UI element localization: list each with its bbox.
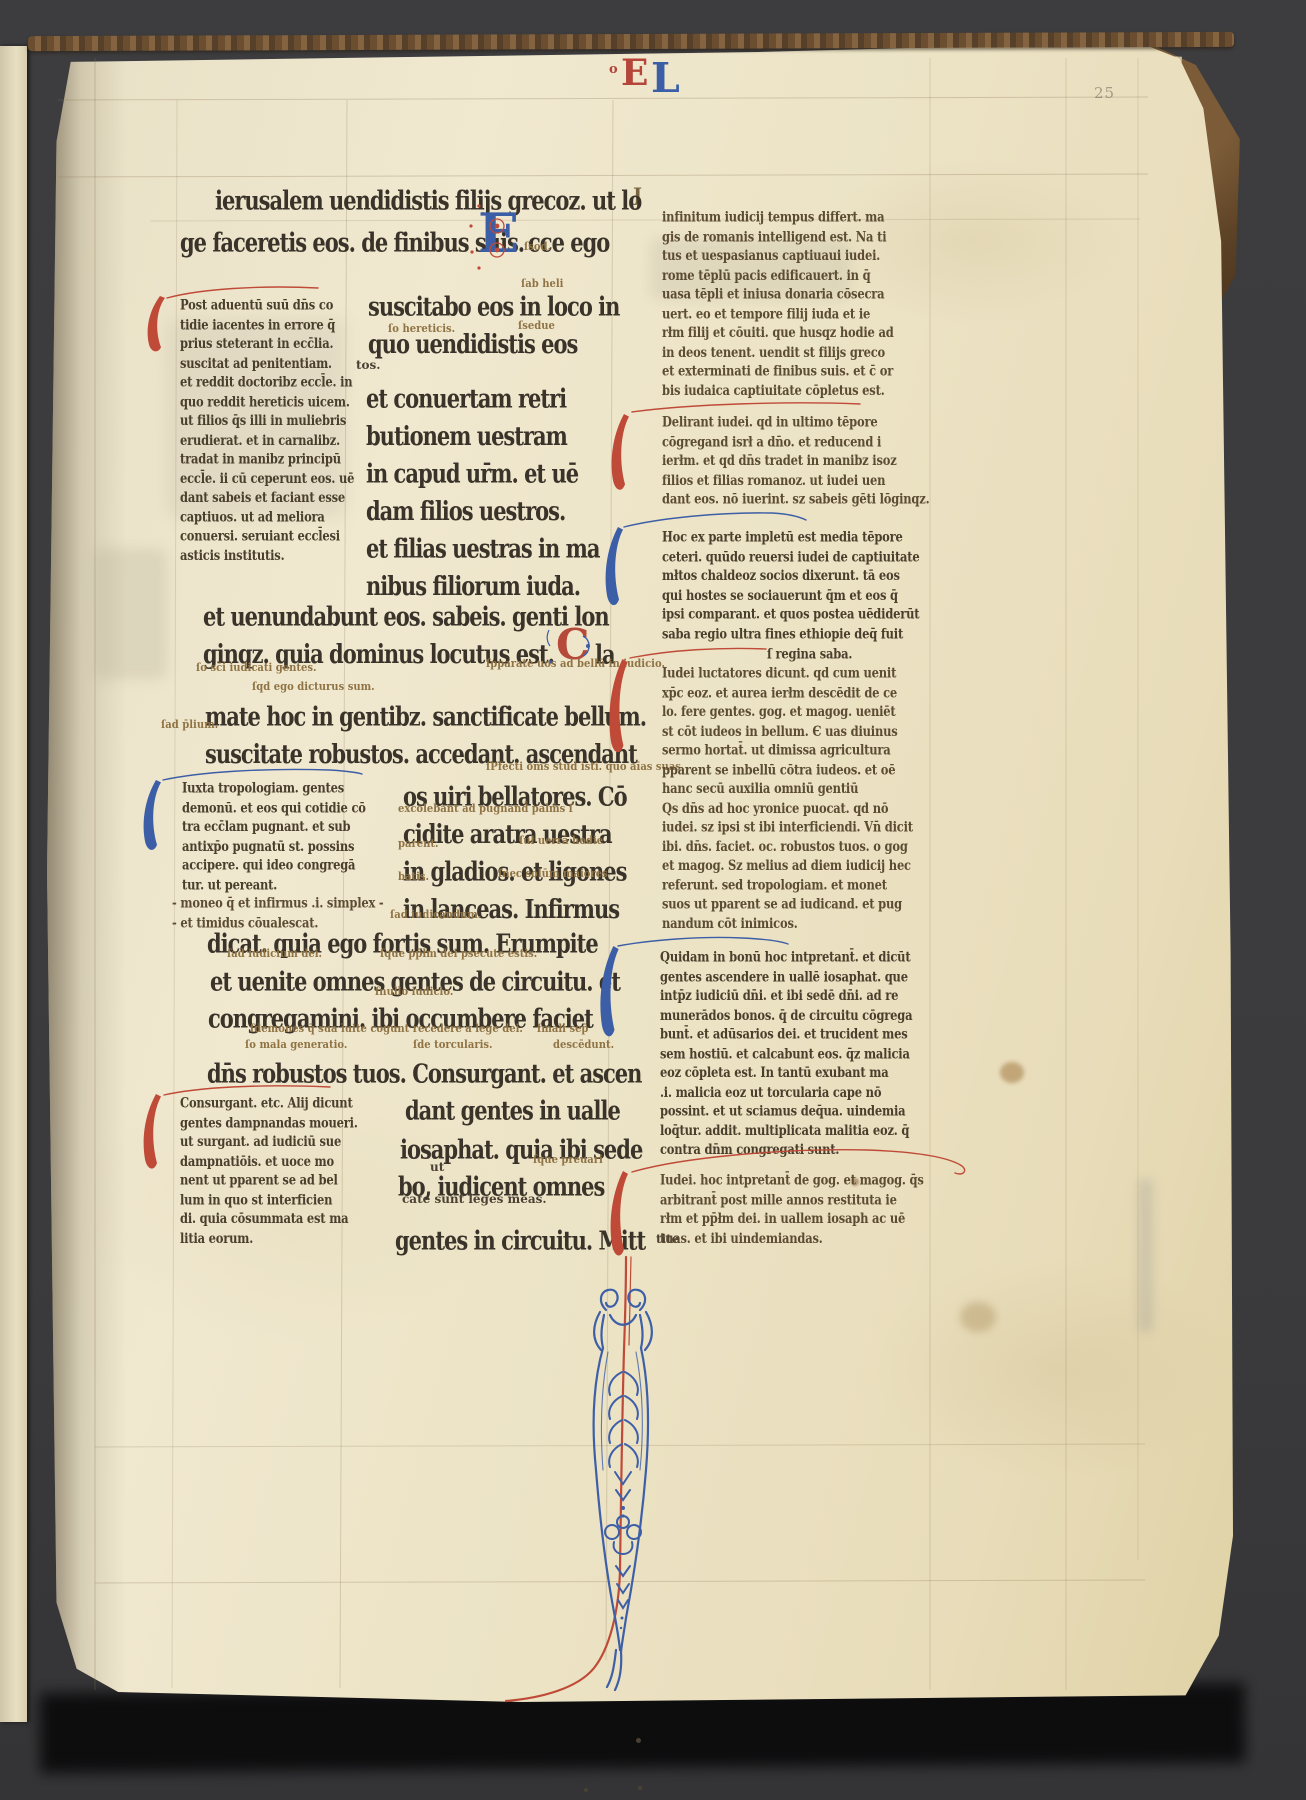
gloss-line: accipere. qui ideo congregā	[182, 856, 366, 875]
interlinear-gloss: ſad iudicium dei.	[227, 948, 322, 961]
main-text-column: suscitabo eos in loco inquo uendidistis …	[368, 288, 619, 348]
gloss-line: contra dn̄m congregati sunt.	[660, 1140, 912, 1159]
gloss-line: in deos tenent. uendit st filijs greco	[662, 343, 894, 362]
right-gloss-block: infinitum iudicij tempus differt. magis …	[645, 208, 894, 363]
gloss-line: tuas. et ibi uindemiandas.	[660, 1229, 924, 1248]
gloss-line: prius steterant in ecc̄lia.	[180, 334, 354, 353]
main-text-line: suscitabo eos in loco in	[368, 288, 619, 326]
gloss-line: .i. malicia eoz ut torcularia cape nō	[660, 1083, 912, 1102]
gloss-line: xp̄c eoz. et aurea ierłm descēdit de ce	[662, 683, 913, 702]
gloss-line: iudei. sz ipsi st ibi interficiendi. Vn̄…	[662, 818, 913, 837]
gloss-line: arbitrant̄ post mille annos restituta ie	[660, 1190, 924, 1209]
gloss-line: hanc secū auxilia omniū gentiū	[662, 779, 913, 798]
gloss-line: rome tēplū pacis edificauert. in q̄	[662, 266, 894, 285]
gloss-line: suscitat ad penitentiam.	[180, 354, 354, 373]
gloss-line: lo. fere gentes. gog. et magog. ueniēt	[662, 702, 913, 721]
gloss-line: referunt. sed tropologiam. et monet	[662, 875, 913, 894]
main-text-line: butionem uestram	[366, 418, 599, 456]
main-text-line: ge faceretis eos. de finibus suis.	[180, 224, 524, 262]
main-text-line: mate hoc in gentibz. sanctificate bellum…	[205, 698, 646, 736]
gloss-line: conuersi. seruiant eccl̄esi	[180, 527, 354, 546]
gloss-line: uasa tēpli et iniusa donaria cōsecra	[662, 285, 894, 304]
gloss-line: - moneo q̄ et infirmus .i. simplex -	[172, 894, 384, 913]
gloss-line: Consurgant. etc. Alij dicunt	[180, 1094, 358, 1113]
main-text-line: dam filios uestros.	[366, 493, 599, 531]
interlinear-gloss: ſque preuari	[533, 1154, 603, 1167]
gloss-line: Iudei luctatores dicunt. qd cum uenit	[662, 664, 913, 683]
right-gloss-block: Iudei luctatores dicunt. qd cum uenitxp̄…	[645, 664, 913, 881]
main-text-line: in capud ur̄m. et uē	[366, 455, 599, 493]
gloss-line: et reddit doctoribz eccl̄e. in	[180, 373, 354, 392]
gloss-line: sermo hortat̄. ut dimissa agricultura	[662, 741, 913, 760]
gloss-line: possint. et ut sciamus deq̄ua. uindemia	[660, 1102, 912, 1121]
main-text-line: et conuertam retri	[366, 380, 599, 418]
interlinear-gloss: parent.	[398, 838, 438, 851]
left-gloss-block: Consurgant. etc. Alij dicuntgentes dampn…	[166, 1094, 358, 1218]
gloss-line: eccl̄e. ii cū ceperunt eos. uē	[180, 469, 354, 488]
interlinear-gloss: ſad p̄lium.	[161, 719, 218, 732]
gloss-line: demonū. et eos qui cotidie cō	[182, 798, 366, 817]
gloss-line: Iuxta tropologiam. gentes	[182, 779, 366, 798]
right-gloss-block: Iudei. hoc intpretant̄ de gog. et magog.…	[643, 1171, 924, 1233]
interlinear-gloss: ſnec solūm maiores	[498, 868, 608, 881]
main-text-block: et uenundabunt eos. sabeis. genti longin…	[203, 598, 609, 658]
written-text-layer: o E L 25 J ierusalem uendidistis filijs …	[0, 0, 1306, 1800]
left-gloss-block: Iuxta tropologiam. gentesdemonū. et eos…	[168, 779, 366, 872]
gloss-line: nent ut pparent se ad bel	[180, 1171, 358, 1190]
gloss-line: di. quia cōsummata est ma	[180, 1209, 358, 1228]
main-text-line: dant gentes in ualle	[405, 1092, 620, 1130]
main-text-line: ierusalem uendidistis filijs grecoz. ut …	[215, 182, 641, 220]
gloss-line: asticis institutis.	[180, 546, 354, 565]
gloss-line: tra ecc̄lam pugnant. et sub	[182, 817, 366, 836]
interlinear-gloss: ſo sc̄i iudicati gentes.	[196, 662, 317, 675]
gloss-line: st cōt iudeos in bellum. Є uas diuinus	[662, 722, 913, 741]
gloss-line: ipsi comparant. et quos postea uēdideru…	[662, 605, 920, 624]
right-gloss-block: Hoc ex parte impletū est media tēporec…	[645, 528, 920, 621]
gloss-line: filios et filias romanoz. ut iudei uen	[662, 471, 929, 490]
gloss-line: tur. ut pereant.	[182, 875, 366, 894]
gloss-line: gentes dampnandas moueri.	[180, 1113, 358, 1132]
gloss-line: rłm et pp̄łm dei. in uallem iosaph ac ue…	[660, 1209, 924, 1228]
running-title-letter-L: L	[651, 58, 680, 98]
interlinear-gloss: batis.	[398, 871, 429, 884]
gloss-line: sem hostiū. et calcabunt eos. q̄z malic…	[660, 1044, 912, 1063]
gloss-line: rłm filij et cōuiti. que husqz hodie ad	[662, 323, 894, 342]
gloss-line: Hoc ex parte impletū est media tēpore	[662, 528, 920, 547]
gloss-line: litia eorum.	[180, 1229, 358, 1248]
gloss-line: saba regio ultra fines ethiopie deq̄ fui…	[662, 624, 920, 643]
interlinear-gloss: ſab heli	[521, 278, 564, 291]
gloss-line: suos ut pparent se ad iudicand. et pug	[662, 895, 913, 914]
manuscript-photo-stage: o E L 25 J ierusalem uendidistis filijs …	[0, 0, 1306, 1800]
gloss-line: gentes ascendere in uallē iosaphat. que	[660, 967, 912, 986]
main-text-small: tos.	[356, 358, 380, 372]
left-gloss-block: - moneo q̄ et infirmus .i. simplex -- et…	[172, 894, 384, 925]
gloss-line: eoz cōpleta est. In tantū exubant ma	[660, 1063, 912, 1082]
gloss-line: qui hostes se sociauerunt q̄m et eos q̄	[662, 586, 920, 605]
gloss-line: dant eos. nō iuerint. sz sabeis gēti l…	[662, 490, 929, 509]
main-text-column: et conuertam retributionem uestramin cap…	[366, 380, 599, 560]
interlinear-gloss: ſdemones q̄ sua īuite cogunt recedere a…	[250, 1023, 523, 1036]
gloss-line: - et timidus cōualescat.	[172, 913, 384, 932]
gloss-line: tus et uespasianus captiuaui iudei.	[662, 246, 894, 265]
gloss-line: captiuos. ut ad meliora	[180, 507, 354, 526]
gloss-line: bis iudaica captiuitate cōpletus est.	[662, 381, 894, 400]
gloss-line: ut surgant. ad iudiciū sue	[180, 1132, 358, 1151]
gloss-line: Qs dn̄s ad hoc yronice puocat. qd nō	[662, 799, 913, 818]
gloss-line: ceteri. quūdo reuersi iudei de captiuit…	[662, 547, 920, 566]
main-text-small: ut	[430, 1160, 444, 1174]
gloss-line: Post aduentū suū dn̄s co	[180, 296, 354, 315]
interlinear-gloss: ſpparate uos ad bellū in iudicio.	[486, 658, 665, 671]
gloss-line: nandum cōt inimicos.	[662, 914, 913, 933]
interlinear-gloss: ſo mala generatio.	[245, 1039, 347, 1052]
gloss-line: tradat in manibz principū	[180, 450, 354, 469]
gloss-line: munerādos bonos. q̄ de circuitu cōgreg…	[660, 1006, 912, 1025]
gloss-line: dant sabeis et faciant esse	[180, 488, 354, 507]
main-text-small: cate sunt leges meas.	[402, 1192, 547, 1206]
gloss-line: loq̄tur. addit. multiplicata malitia eoz…	[660, 1121, 912, 1140]
interlinear-gloss: ſuł uerrā hodie	[519, 835, 603, 848]
gloss-line: antixp̄o pugnatū st. possins	[182, 837, 366, 856]
gloss-line: tidie iacentes in errore q̄	[180, 315, 354, 334]
gloss-line: Iudei. hoc intpretant̄ de gog. et magog.…	[660, 1171, 924, 1190]
main-text-block: mate hoc in gentibz. sanctificate bellum…	[205, 698, 646, 758]
interlinear-gloss: ſqd ego dicturus sum.	[252, 681, 375, 694]
interlinear-gloss: ſque pp̄łm dei psecute estis.	[380, 948, 537, 961]
gloss-line: et magog. Sz melius ad diem iudicij hec	[662, 856, 913, 875]
left-gloss-block: Post aduentū suū dn̄s cotidie iacentes…	[166, 296, 354, 513]
main-text-line: et uenundabunt eos. sabeis. genti lon	[203, 598, 609, 636]
right-gloss-block: Quidam in bonū hoc intpretant̄. et dicu…	[643, 948, 912, 1119]
gloss-line: intp̄z iudiciū dn̄i. et ibi sedē dn̄i.…	[660, 986, 912, 1005]
gloss-line: dampnatiōis. et uoce mo	[180, 1152, 358, 1171]
gloss-line: gis de romanis intelligend est. Na ti	[662, 227, 894, 246]
interlinear-gloss: excolebant ad pugnand̄ palm̄s ſ	[398, 803, 573, 816]
gloss-line: bunt̄. et adūsarios dei. et trucident m…	[660, 1025, 912, 1044]
gloss-line: et exterminati de finibus suis. et c̄ or	[662, 362, 894, 381]
gloss-line: pparent se inbellū cōtra iudeos. et oe…	[662, 760, 913, 779]
gloss-line: młtos chaldeoz socios dixerunt. tā eos	[662, 566, 920, 585]
gloss-line: uert. eo et tempore filij iuda et ie	[662, 304, 894, 323]
interlinear-gloss: ſad iudicandum.	[390, 909, 481, 922]
gloss-line: ſ regina saba.	[767, 645, 852, 664]
interlinear-gloss: ſsedue	[518, 320, 555, 333]
interlinear-gloss: ſde torcularis.	[413, 1039, 493, 1052]
gloss-line: erudierat. et in carnalibz.	[180, 431, 354, 450]
right-gloss-block: Delirant iudei. qd in ultimo tēporecōg…	[645, 413, 929, 491]
interlinear-gloss: ſnullo iudicio.	[375, 986, 453, 999]
interlinear-gloss: ſsod.	[524, 241, 551, 254]
running-title-letter-E: E	[621, 55, 648, 91]
gloss-line: Delirant iudei. qd in ultimo tēpore	[662, 413, 929, 432]
gloss-line: Quidam in bonū hoc intpretant̄. et dicu…	[660, 948, 912, 967]
interlinear-gloss: ſmali sep̄	[537, 1023, 588, 1036]
illuminated-initial-E: E	[478, 206, 519, 260]
gloss-line: ut filios q̄s illi in muliebris	[180, 411, 354, 430]
gloss-line: quo reddit hereticis uicem.	[180, 392, 354, 411]
main-text-line: gentes in circuitu. Mitt	[395, 1222, 645, 1260]
folio-number: 25	[1094, 84, 1115, 102]
gloss-line: infinitum iudicij tempus differt. ma	[662, 208, 894, 227]
gloss-line: ierłm. et qd dn̄s tradet in manibz isoz	[662, 451, 929, 470]
running-title-flourish: o	[609, 62, 618, 77]
gloss-line: cōgregand isrł a dn̄o. et reducend i	[662, 432, 929, 451]
interlinear-gloss: ſo hereticis.	[388, 323, 455, 336]
gloss-line: ibi. dn̄s. faciet. oc. robustos tuos. o …	[662, 837, 913, 856]
interlinear-gloss: descēdunt.	[553, 1039, 614, 1052]
main-text-line: et filias uestras in ma	[366, 530, 599, 568]
gloss-line: lum in quo st interficien	[180, 1190, 358, 1209]
main-text-line: dn̄s robustos tuos. Consurgant. et ascen	[207, 1055, 641, 1093]
